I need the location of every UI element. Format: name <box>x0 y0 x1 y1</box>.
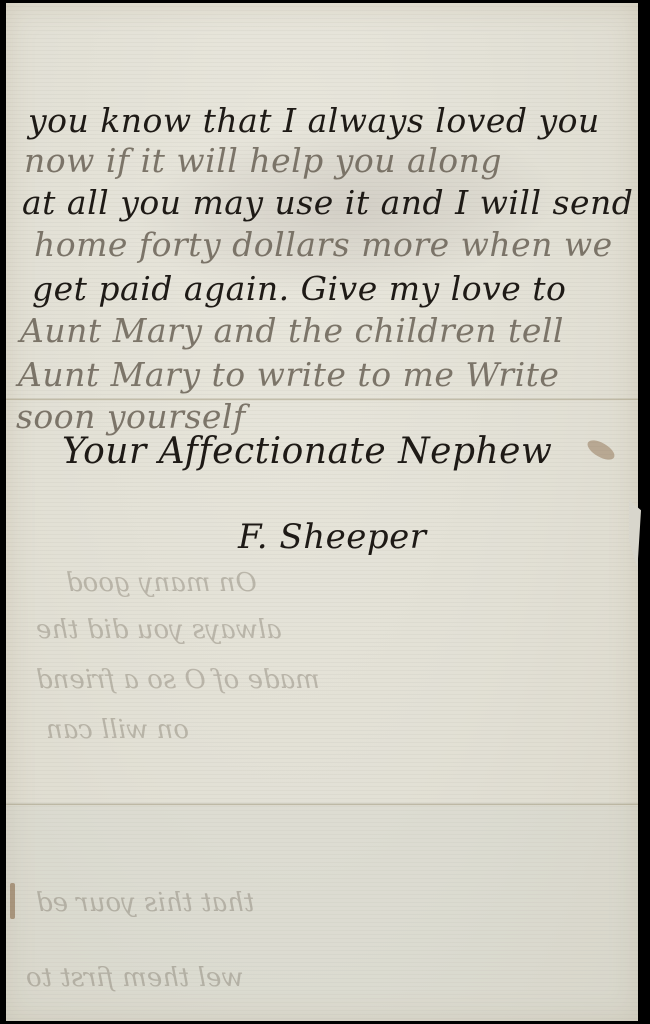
bleed-through-text: that this your ed <box>36 888 254 918</box>
bleed-through-text: On many good <box>66 568 257 598</box>
ink-stain <box>10 883 15 919</box>
letter-closing: Your Affectionate Nephew <box>62 431 552 472</box>
ink-stain <box>585 436 618 463</box>
letter-line-6: Aunt Mary and the children tell <box>20 311 564 350</box>
letter-line-7: Aunt Mary to write to me Write <box>18 355 559 394</box>
letter-line-3: at all you may use it and I will send <box>22 183 633 222</box>
bleed-through-text: made of O so a friend <box>36 665 320 695</box>
fold-crease-lower <box>6 803 638 806</box>
signature: F. Sheeper <box>238 517 426 557</box>
letter-line-5: get paid again. Give my love to <box>32 269 566 308</box>
letter-line-4: home forty dollars more when we <box>34 225 613 264</box>
bleed-through-text: on will can <box>46 715 189 745</box>
letter-line-1: you know that I always loved you <box>28 101 600 140</box>
bleed-through-text: wel them first to <box>26 963 244 993</box>
letter-page: you know that I always loved you now if … <box>6 3 638 1021</box>
bleed-through-text: always you did the <box>36 615 282 645</box>
letter-line-2: now if it will help you along <box>24 141 502 180</box>
